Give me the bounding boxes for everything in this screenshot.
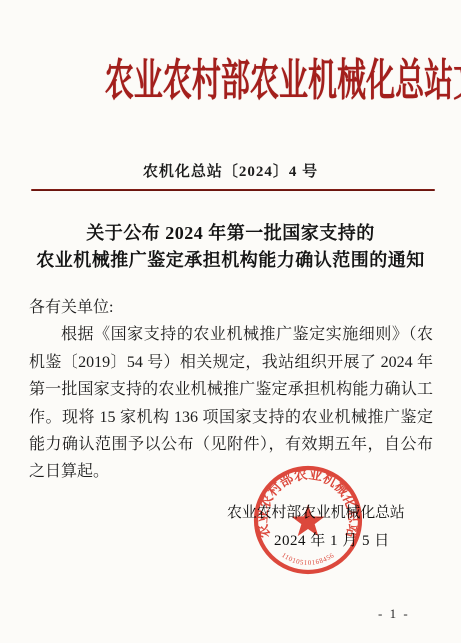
seal-code: 11010510168456 xyxy=(280,551,336,567)
header-title: 农业农村部农业机械化总站文件 xyxy=(105,59,461,103)
document-body: 各有关单位: 根据《国家支持的农业机械推广鉴定实施细则》（农机鉴〔2019〕54… xyxy=(29,294,433,486)
document-header: 农业农村部农业机械化总站文件 xyxy=(0,59,461,103)
title-line-2: 农业机械推广鉴定承担机构能力确认范围的通知 xyxy=(28,247,433,274)
document-page: 农业农村部农业机械化总站文件 农机化总站〔2024〕4 号 关于公布 2024 … xyxy=(0,0,461,643)
document-number: 农机化总站〔2024〕4 号 xyxy=(0,160,461,181)
official-seal: 农业农村部农业机械化总站 11010510168456 xyxy=(252,464,364,576)
red-divider xyxy=(31,189,435,191)
page-number: - 1 - xyxy=(378,606,410,622)
document-title: 关于公布 2024 年第一批国家支持的 农业机械推广鉴定承担机构能力确认范围的通… xyxy=(28,220,433,274)
seal-star-icon xyxy=(291,505,324,537)
title-line-1: 关于公布 2024 年第一批国家支持的 xyxy=(28,220,433,247)
salutation: 各有关单位: xyxy=(29,294,433,321)
body-paragraph: 根据《国家支持的农业机械推广鉴定实施细则》（农机鉴〔2019〕54 号）相关规定… xyxy=(29,321,433,485)
